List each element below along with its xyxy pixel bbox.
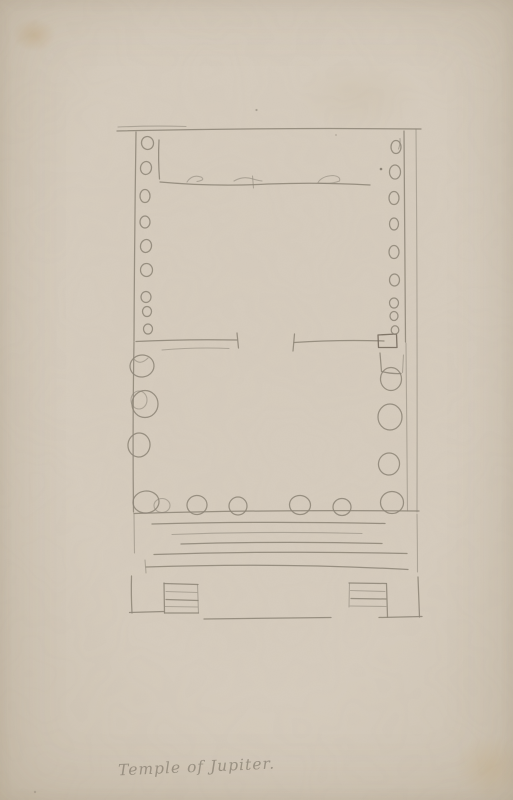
front-steps xyxy=(134,511,419,573)
colonnade-left-upper xyxy=(139,135,155,334)
stair-block-left xyxy=(164,583,199,613)
colonnade-right-upper xyxy=(389,139,401,335)
colonnade-right-lower xyxy=(377,368,404,514)
stair-block-right xyxy=(349,583,388,617)
paper-sheet: Temple of Jupiter. xyxy=(0,0,513,800)
cross-wall xyxy=(136,333,404,374)
colonnade-front xyxy=(186,495,351,516)
cella-top-wall xyxy=(159,140,383,188)
pencil-specks xyxy=(34,109,337,793)
temple-plan-sketch xyxy=(0,0,513,800)
